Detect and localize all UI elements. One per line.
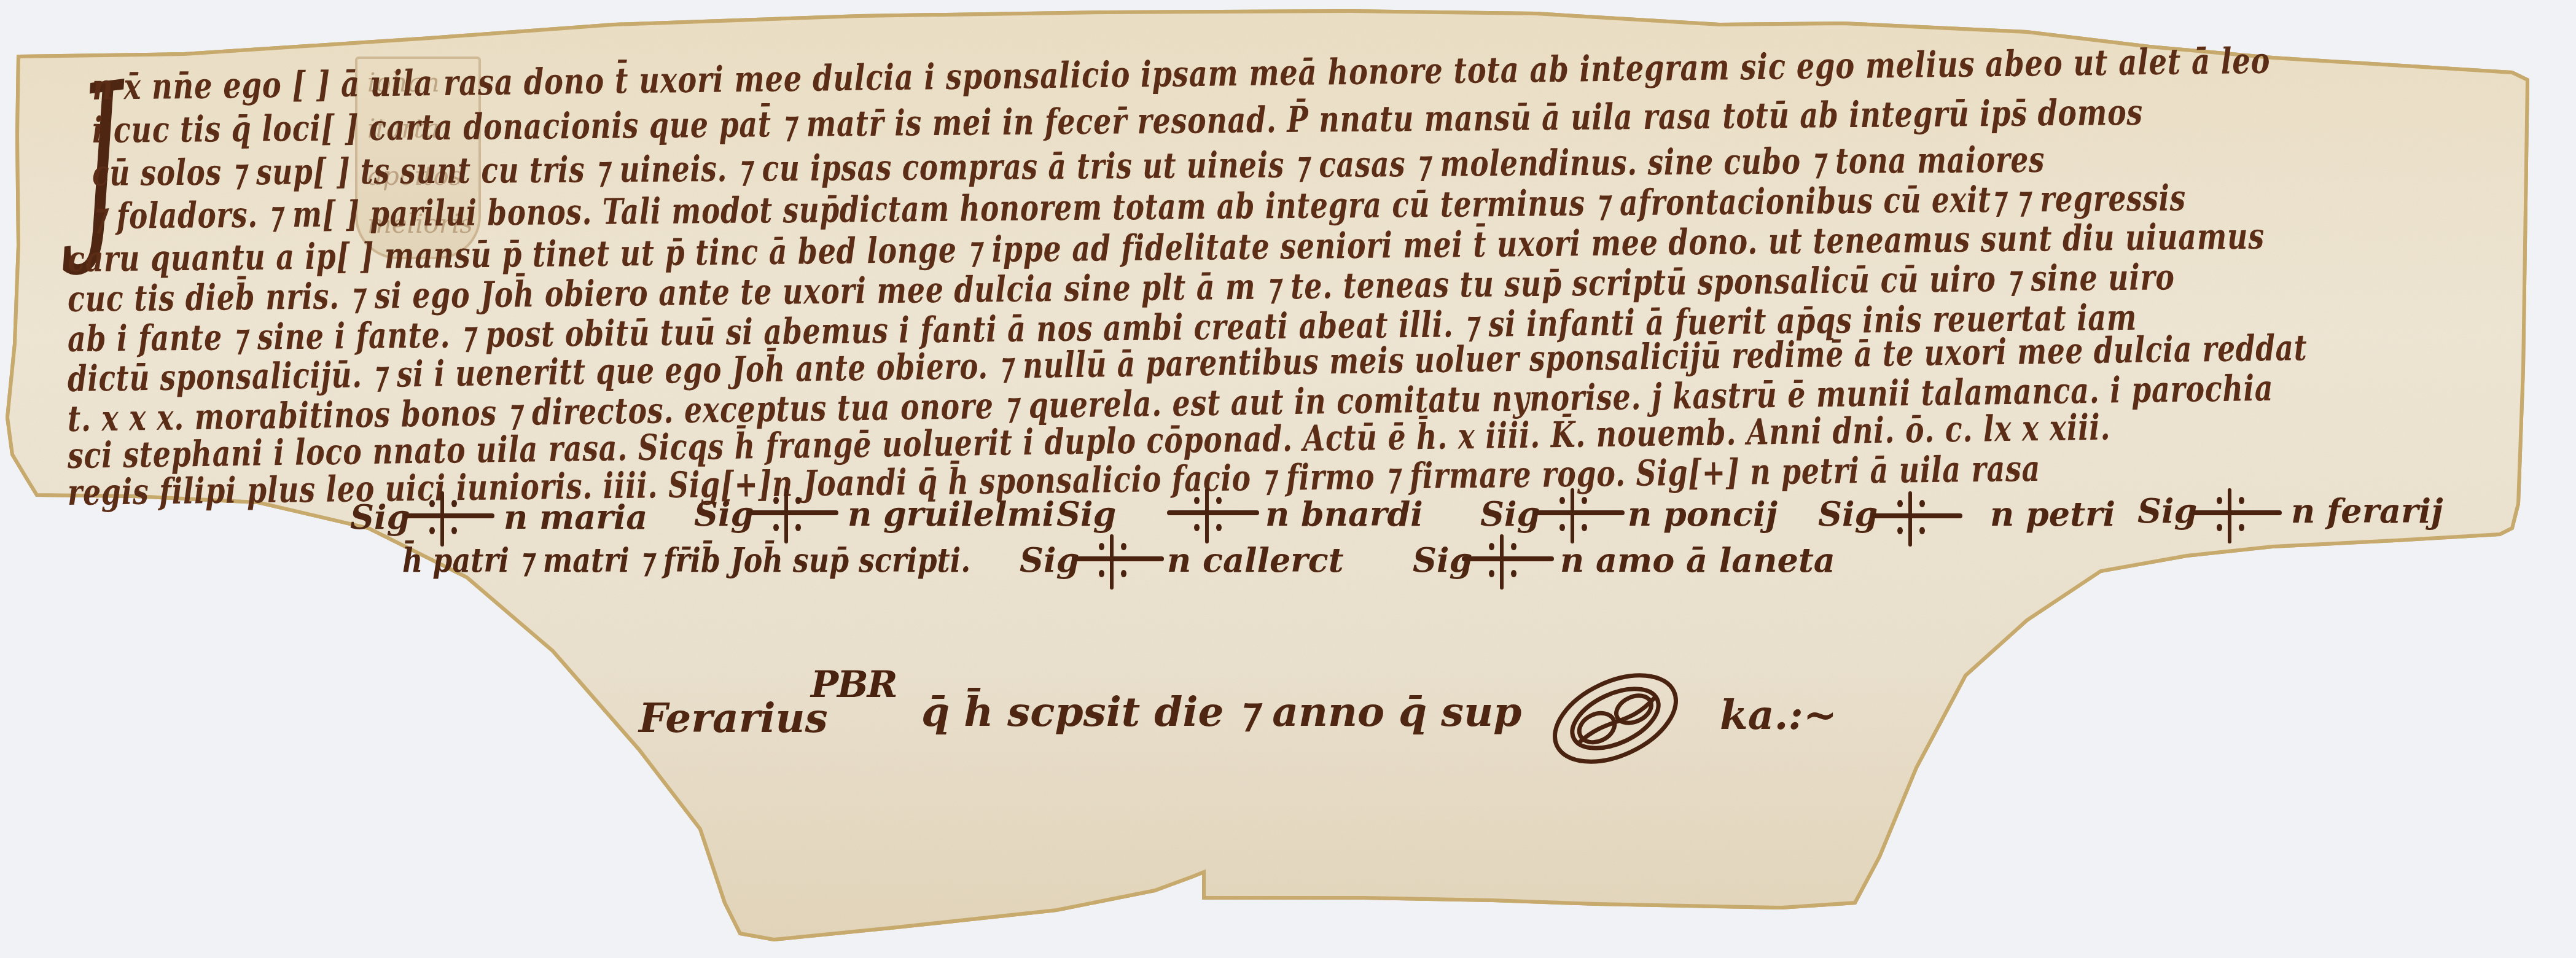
signum-cross-icon: [1870, 491, 1962, 547]
signum-label: Sig: [694, 494, 754, 534]
signum-cross-icon: [746, 488, 838, 543]
signum-label: Sig: [350, 497, 410, 537]
signatory-name: n poncij: [1628, 494, 1778, 534]
signatory-name: n callerct: [1167, 540, 1344, 580]
document-viewer: iohan itarta apoitos melioris J n x̄ nn̄…: [0, 0, 2576, 958]
closing-mark: ka.:~: [1720, 691, 1837, 739]
signum-cross-icon: [1167, 488, 1259, 543]
signum-label: Sig: [1020, 540, 1079, 580]
signatory-name: n petri: [1990, 494, 2115, 534]
signatory-name: n ferarij: [2291, 491, 2443, 531]
signum-cross-icon: [402, 491, 494, 547]
signum-label: Sig: [1818, 494, 1878, 534]
signum-label: Sig: [2137, 491, 2197, 531]
witness-formula: h̄ patri ⁊ matri ⁊ fr̄ib̄ Joh̄ sup̄ scri…: [402, 540, 970, 580]
signum-cross-icon: [2190, 488, 2282, 543]
signum-cross-icon: [1462, 534, 1554, 590]
signatory-name: n maria: [504, 497, 647, 537]
signatory-name: n gruilelmi: [848, 494, 1055, 534]
scribe-knot-signum-icon: [1542, 672, 1689, 765]
signatory-name: n bnardi: [1265, 494, 1423, 534]
signatory-name: n amo ā laneta: [1560, 540, 1835, 580]
presbyter-monogram: PBR: [811, 663, 897, 706]
signum-label: Sig: [1056, 494, 1116, 534]
signum-label: Sig: [1480, 494, 1540, 534]
signum-cross-icon: [1072, 534, 1164, 590]
subscription-text: q̄ h̄ scpsit die ⁊ anno q̄ sup: [921, 688, 1521, 736]
manuscript-text: iohan itarta apoitos melioris J n x̄ nn̄…: [0, 0, 2576, 958]
scribe-name: Ferarius: [639, 694, 828, 742]
